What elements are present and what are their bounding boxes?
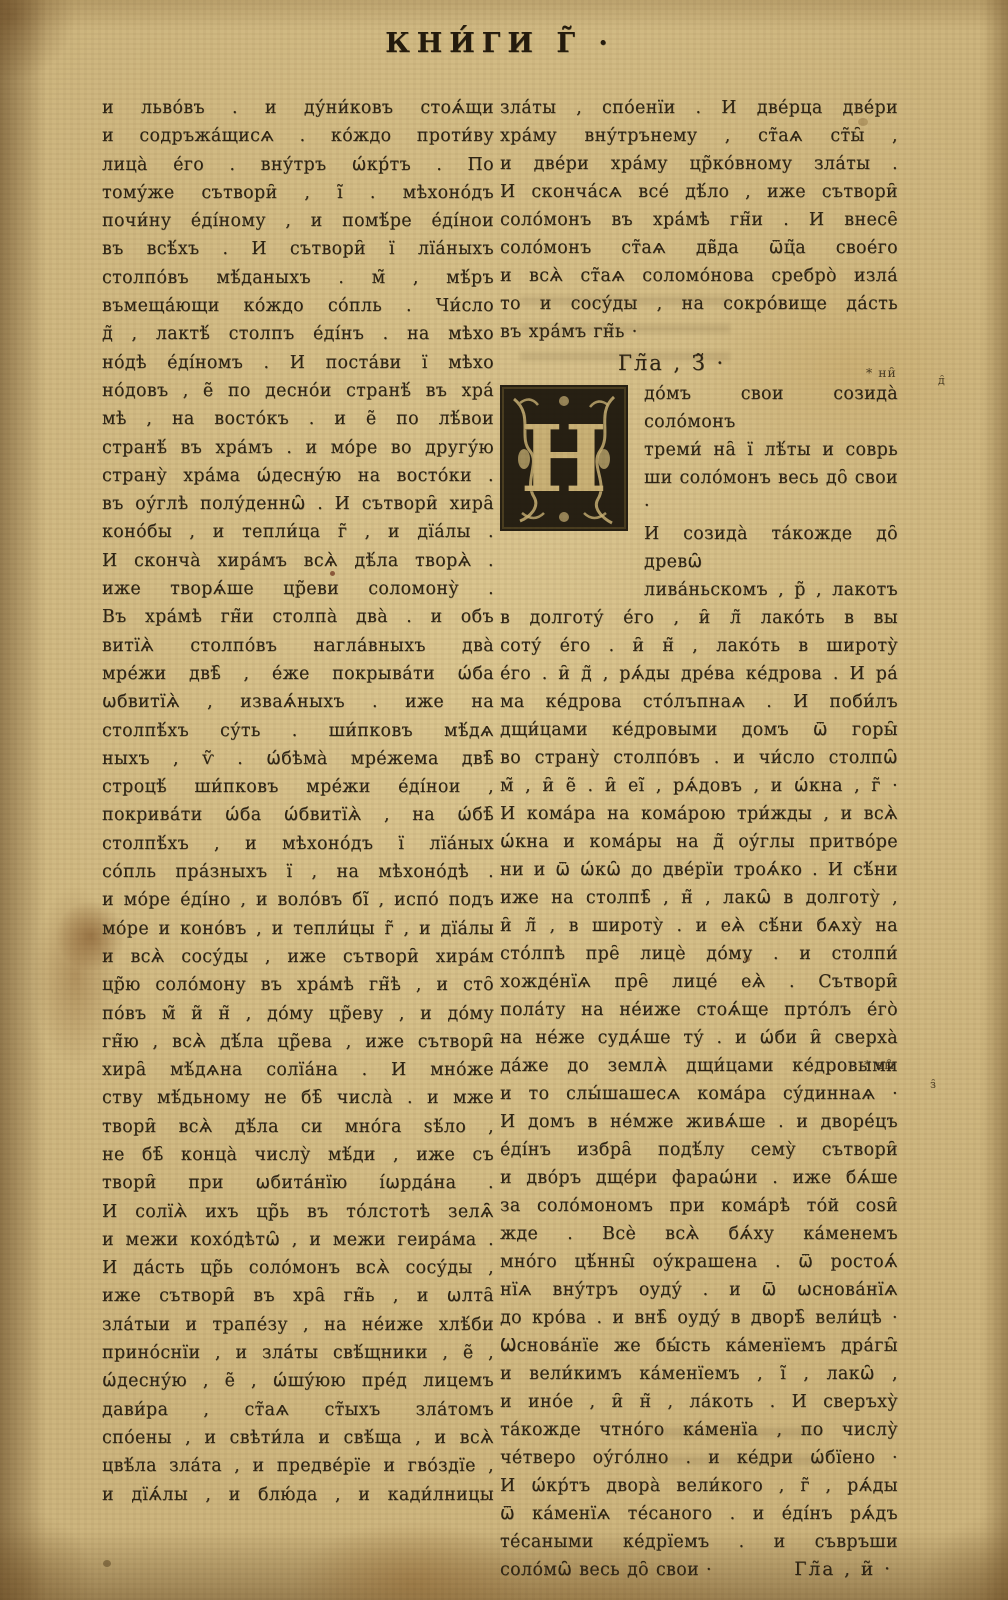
text-line: И ѡ́кр́тъ двора̀ вели́кого , г̃ , рѧ́ды <box>500 1472 898 1500</box>
last-line-text: соло́мѡ̑ весь до̑ свои · <box>500 1556 712 1584</box>
text-column-left: и льво́въ . и ду́ни́ковъ стоѧ́щии содръж… <box>102 94 494 1509</box>
text-line: и содръжа́щисѧ . ко́ждо проти́ву <box>102 122 494 150</box>
text-line: соту́ е́го . и̑ н̃ , лако́ть в широту̀ <box>500 632 898 660</box>
text-line: до кро́ва . и внѣ̑ оуду́ в дворѣ̑ вели́ц… <box>500 1304 898 1332</box>
text-line: столпѣ́хъ , и мѣхоно́дъ ї лїа́ных <box>102 830 494 858</box>
text-line: хира̑ мѣ́дѧна солїа́на . И мно́же <box>102 1056 494 1084</box>
text-line: по́въ м̃ и̃ н̃ , до́му цр̃еву , и до́му <box>102 1000 494 1028</box>
text-line: и то слы́шашесѧ кома́ра су́диннаѧ · <box>500 1080 898 1108</box>
text-line: и всѧ̀ сосу́ды , иже сътвори̑ хира́м <box>102 943 494 971</box>
text-line: и дїѧ́лы , и блю́да , и кади́лницы <box>102 1481 494 1509</box>
text-line: ма ке́дрова сто́лъпнаѧ . И поби́лъ <box>500 688 898 716</box>
text-line: столпо́въ мѣ́даныхъ . м̃ , мѣ́ръ <box>102 264 494 292</box>
text-line: твори̑ при ѡбита́нїю і́ѡрда́на . <box>102 1169 494 1197</box>
text-line: мо́ре и коно́въ , и тепли́цы г̃ , и дїа́… <box>102 915 494 943</box>
text-line: ству мѣ́дьному не бѣ̑ числа̀ . и мже <box>102 1084 494 1112</box>
text-line: ѡ́десну́ю , е̃ , ѡ́шу́юю пре́д лицемъ <box>102 1367 494 1395</box>
text-line: в долготу́ е́го , и̑ л̃ лако́ть в вы <box>500 604 898 632</box>
paragraph-chapter6-end: зла́ты , спо́енїи . И две́рца две́рихра́… <box>500 94 898 346</box>
text-line: хра́му вну́трънему , ст̃аѧ ст̃ы̑ , <box>500 122 898 150</box>
text-line: е́ді́нъ избра̑ подѣ́лу сему̀ сътвори̑ <box>500 1136 898 1164</box>
text-line: ныхъ , ѵ̃ . ѡ́бѣма̀ мре́жема двѣ̑ <box>102 745 494 773</box>
drop-cap-letter: Н <box>520 405 607 513</box>
text-line: иже сътвори̑ въ хра̑ гн̃ь , и ѡлта̑ <box>102 1282 494 1310</box>
text-line: и льво́въ . и ду́ни́ковъ стоѧ́щи <box>102 94 494 122</box>
text-line: цр̃ю соло́мону въ хра́мѣ гн̃ѣ , и сто̑ <box>102 971 494 999</box>
text-line: до́мъ свои созида̀ соло́монъ <box>644 380 898 436</box>
text-line: лица̀ е́го . вну́тръ ѡ́кр́тъ . По <box>102 151 494 179</box>
text-line: и две́ри хра́му цр̃ко́вному зла́ты . <box>500 150 898 178</box>
chapter-initial-drop-cap: Н <box>500 385 628 531</box>
text-line: твори̑ всѧ̀ дѣ́ла си мно́га ѕѣ́ло , <box>102 1113 494 1141</box>
text-line: ни и ѿ ѡ́кѡ̑ до две́рїи троѧ́ко . И сѣ́н… <box>500 856 898 884</box>
text-line: и вели́кимъ ка́менїемъ , і̃ , лакѡ̑ , <box>500 1360 898 1388</box>
text-line: та́кожде чтно́го ка́менїа , по числу̀ <box>500 1416 898 1444</box>
text-line: цвѣ́ла зла́та , и предве́рїе и гво́здїе … <box>102 1452 494 1480</box>
ink-speck <box>103 1560 111 1567</box>
text-line: спо́ены , и свѣти́ла и свѣ́ща , и всѧ̀ <box>102 1424 494 1452</box>
text-line: нїѧ вну́тръ оуду́ . и ѿ ѡснова́нїѧ <box>500 1276 898 1304</box>
text-line: да́же до землѧ̀ дщи́цами ке́дровыми <box>500 1052 898 1080</box>
text-line: за соло́мономъ при кома́рѣ то́й соѕи̑ <box>500 1192 898 1220</box>
text-line: витїѧ̀ столпо́въ нагла́вныхъ два̀ <box>102 632 494 660</box>
text-line: ѡ́кна и кома́ры на д̃ оу́глы притво́ре <box>500 828 898 856</box>
text-line: дщи́цами ке́дровыми домъ ѿ горы̑ <box>500 716 898 744</box>
chapter7-first-lines: до́мъ свои созида̀ соло́монътреми́ на̑ ї… <box>644 380 898 604</box>
book-page: КНИ́ГИ Г̃ · и льво́въ . и ду́ни́ковъ сто… <box>0 0 1008 1600</box>
text-line: те́саными ке́дрїемъ . и съвръши <box>500 1528 898 1556</box>
text-line: иже творѧ́ше цр̃еви соломону̀ . <box>102 575 494 603</box>
text-line: иже на столпѣ̑ , н̃ , лакѡ̑ в долготу̀ , <box>500 884 898 912</box>
text-line: и дво́ръ дще́ри фараѡ́ни . иже бѧ́ше <box>500 1164 898 1192</box>
text-line: И сконча́сѧ все́ дѣ́ло , иже сътвори̑ <box>500 178 898 206</box>
text-line: прино́снїи , и зла́ты свѣ́щники , е̃ , <box>102 1339 494 1367</box>
text-line: со́пль пра́зныхъ ї , на мѣхоно́дѣ . <box>102 858 494 886</box>
text-line: И домъ в не́мже живѧ́ше . и дворе́цъ <box>500 1108 898 1136</box>
text-line: не бѣ̑ конца̀ числу̀ мѣ́ди , иже съ <box>102 1141 494 1169</box>
text-line: м̃ , и̑ е̃ . и̑ еі̃ , рѧ́довъ , и ѡ́кна … <box>500 772 898 800</box>
margin-note: * ни̑ <box>866 366 897 379</box>
text-line: зла́ты , спо́енїи . И две́рца две́ри <box>500 94 898 122</box>
text-line: коно́бы , и тепли́ца г̃ , и дїа́лы . <box>102 518 494 546</box>
text-line: тому́же сътвори̑ , і̃ . мѣхоно́дъ <box>102 179 494 207</box>
text-line: Въ хра́мѣ гн̃и столпа̀ два̀ . и объ <box>102 603 494 631</box>
text-line: соло́монъ ст̃аѧ дв̃да ѿц̃а свое́го <box>500 234 898 262</box>
text-line: въ всѣ́хъ . И сътвори̑ ї лїа́ныхъ <box>102 235 494 263</box>
text-line: дави́ра , ст̃аѧ ст̃ыхъ зла́томъ <box>102 1396 494 1424</box>
text-line: страну̀ хра́ма ѡ́десну́ю на восто́ки . <box>102 462 494 490</box>
text-line: ѡбвитїѧ̀ , изваѧ́ныхъ . иже на <box>102 688 494 716</box>
text-line: пола́ту на не́иже стоѧ́ще прто́лъ е́го̀ <box>500 996 898 1024</box>
text-line: но́дѣ е́ді́номъ . И поста́ви ї мѣхо <box>102 349 494 377</box>
paragraph-chapter7-body: в долготу́ е́го , и̑ л̃ лако́ть в высоту… <box>500 604 898 1556</box>
text-line: въмеща́ющи ко́ждо со́пль . Чи́сло <box>102 292 494 320</box>
chapter7-opening: Н до́мъ свои созида̀ соло́монътреми́ на̑… <box>500 380 898 604</box>
text-line: странѣ́ въ хра́мъ . и мо́ре во другу́ю <box>102 434 494 462</box>
text-column-right: зла́ты , спо́енїи . И две́рца две́рихра́… <box>500 94 898 1584</box>
text-line: д̃ , лактѣ́ столпъ е́ді́нъ . на мѣхо <box>102 320 494 348</box>
text-line: во страну̀ столпо́въ . и чи́сло столпѡ̑ <box>500 744 898 772</box>
text-line: И да́сть цр̃ь соло́монъ всѧ̀ сосу́ды , <box>102 1254 494 1282</box>
text-line: гн̃ю , всѧ̀ дѣ́ла цр̃ева , иже сътвори̑ <box>102 1028 494 1056</box>
text-line: сто́лпѣ пре̑ лицѐ до́му . и столпи́ <box>500 940 898 968</box>
text-line: И сконча̀ хира́мъ всѧ̀ дѣ́ла творѧ̀ . <box>102 547 494 575</box>
text-line: мѣ , на восто́къ . и е̃ по лѣ́вои <box>102 405 494 433</box>
text-line: и̑ л̃ , в широту̀ . и еѧ̀ сѣ́ни бѧху̀ на <box>500 912 898 940</box>
text-line: треми́ на̑ ї лѣ́ты и соврь <box>644 436 898 464</box>
margin-mark: з̑ <box>930 1078 937 1091</box>
text-line: столпѣ́хъ су́ть . ши́пковъ мѣ́дѧ <box>102 717 494 745</box>
margin-mark: д̑ <box>938 374 946 387</box>
text-line: но́довъ , е̃ по десно́и странѣ́ въ хра́ <box>102 377 494 405</box>
chapter-heading-7: Гл̃а , З̃ · <box>500 346 898 380</box>
text-line: че́тверо оу́го́лно . и ке́дри ѡ́бїено · <box>500 1444 898 1472</box>
text-line: лива́ньскомъ , р̃ , лакотъ <box>644 576 898 604</box>
text-line: въ хра́мъ гн̃ь · <box>500 318 898 346</box>
text-line: и ино́е , и̑ н̃ , ла́коть . И сверъху̀ <box>500 1388 898 1416</box>
text-line: хожде́нїѧ пре̑ лице́ еѧ̀ . Сътвори̑ <box>500 968 898 996</box>
text-line: покрива́ти ѡ́ба ѡ́бвитїѧ̀ , на ѡ́бѣ̑ <box>102 801 494 829</box>
text-line: въ оу́глѣ полу́деннѡ̑ . И сътвори̑ хира̑ <box>102 490 494 518</box>
text-line: и межи кохо́дѣтѡ̑ , и межи геира́ма . <box>102 1226 494 1254</box>
text-line: строцѣ́ ши́пковъ мре́жи е́ді́нои , <box>102 773 494 801</box>
text-line: ѿ ка́менїѧ те́саного . и е́ді́нъ рѧ́дъ <box>500 1500 898 1528</box>
chapter7-last-line: соло́мѡ̑ весь до̑ свои · Гл̃а , и̃ · <box>500 1556 898 1584</box>
text-line: е́го . и̑ д̃ , рѧ́ды дре́ва ке́дрова . И… <box>500 660 898 688</box>
text-line: и всѧ̀ ст̃аѧ соломо́нова сребро̀ изла́ <box>500 262 898 290</box>
text-line: мно́го цѣ́нны̑ оу́крашена . ѿ ростоѧ́ <box>500 1248 898 1276</box>
text-line: почи́ну е́ді́ному , и помѣ́ре е́ді́нои <box>102 207 494 235</box>
chapter-heading-8: Гл̃а , и̃ · <box>794 1556 892 1584</box>
text-line: жде . Всѐ всѧ̀ бѧ́ху ка́менемъ <box>500 1220 898 1248</box>
margin-note: * вы̑ <box>864 1058 895 1071</box>
text-line: И солїѧ̀ ихъ цр̃ь въ то́лстотѣ зелѧ̑ <box>102 1198 494 1226</box>
text-line: зла́тыи и трапе́зу , на не́иже хлѣ́би <box>102 1311 494 1339</box>
drop-cap-ornament: Н <box>500 385 628 531</box>
text-line: на не́же судѧ́ше ту́ . и ѡ́би и̑ сверха̀ <box>500 1024 898 1052</box>
text-line: И кома́ра на кома́рою три́жды , и всѧ̀ <box>500 800 898 828</box>
running-head: КНИ́ГИ Г̃ · <box>102 28 898 59</box>
text-line: соло́монъ въ хра́мѣ гн̃и . И внесе̑ <box>500 206 898 234</box>
text-line: мре́жи двѣ̑ , е́же покрыва́ти ѡ́ба <box>102 660 494 688</box>
text-line: Ѡснова́нїе же бы́сть ка́менїемъ дра́гы̑ <box>500 1332 898 1360</box>
text-line: то и сосу́ды , на сокро́вище да́сть <box>500 290 898 318</box>
text-line: и мо́ре е́ді́но , и воло́въ бі̃ , испо́ … <box>102 886 494 914</box>
text-line: И созида̀ та́кожде до̑ древѡ̑ <box>644 520 898 576</box>
text-line: ши соло́монъ весь до̑ свои · <box>644 464 898 520</box>
